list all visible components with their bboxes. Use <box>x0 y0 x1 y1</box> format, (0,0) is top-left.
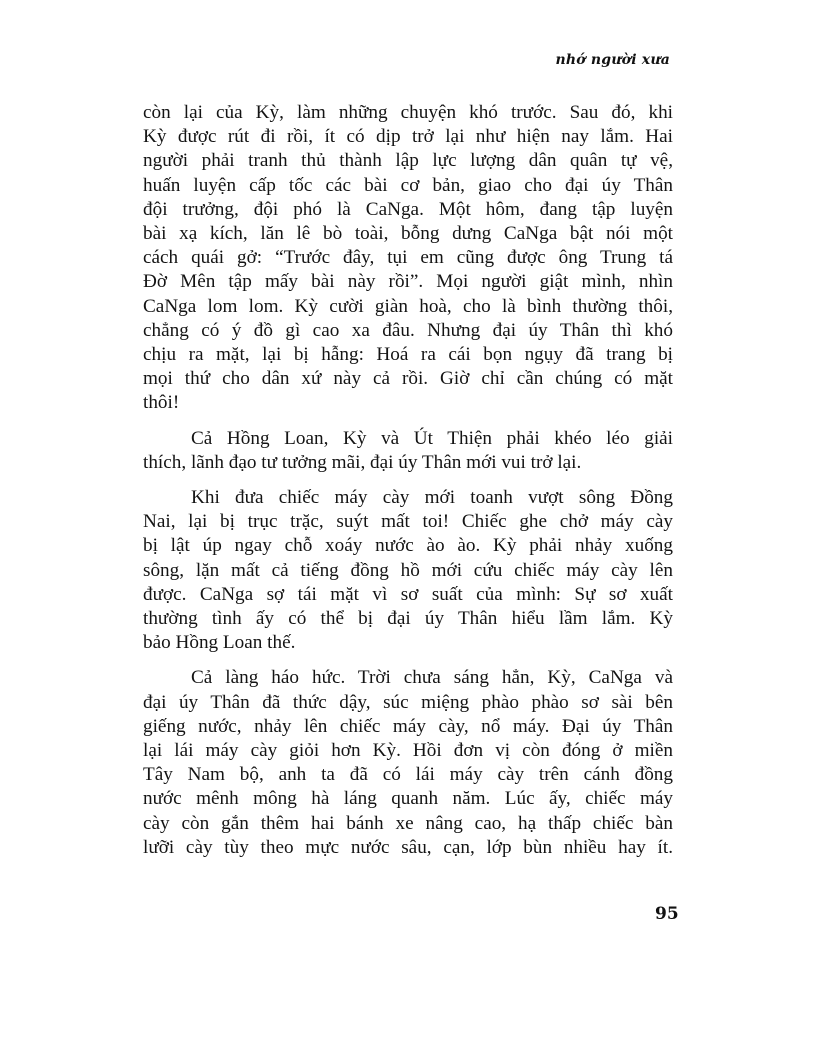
text-line: thôi! <box>143 391 673 415</box>
paragraph: Khi đưa chiếc máy cày mới toanh vượt sôn… <box>143 486 673 655</box>
text-line: sông, lặn mất cả tiếng đồng hồ mới cứu c… <box>143 559 673 583</box>
text-line: bảo Hồng Loan thế. <box>143 631 673 655</box>
text-line: người phải tranh thủ thành lập lực lượng… <box>143 149 673 173</box>
page-number: 95 <box>655 904 679 924</box>
text-line: mọi thứ cho dân xứ này cả rồi. Giờ chỉ c… <box>143 367 673 391</box>
text-line: chịu ra mặt, lại bị hẫng: Hoá ra cái bọn… <box>143 343 673 367</box>
text-line: Nai, lại bị trục trặc, suýt mất toi! Chi… <box>143 510 673 534</box>
text-line: Cả làng háo hức. Trời chưa sáng hẳn, Kỳ,… <box>143 666 673 690</box>
text-line: cách quái gở: “Trước đây, tụi em cũng đư… <box>143 246 673 270</box>
running-header-title: nhớ người xưa <box>556 52 670 68</box>
text-line: Tây Nam bộ, anh ta đã có lái máy cày trê… <box>143 763 673 787</box>
text-line: thường tình ấy có thể bị đại úy Thân hiể… <box>143 607 673 631</box>
text-line: chẳng có ý đồ gì cao xa đâu. Nhưng đại ú… <box>143 319 673 343</box>
text-line: CaNga lom lom. Kỳ cười giàn hoà, cho là … <box>143 295 673 319</box>
text-line: lại lái máy cày giỏi hơn Kỳ. Hồi đơn vị … <box>143 739 673 763</box>
text-line: cày còn gắn thêm hai bánh xe nâng cao, h… <box>143 812 673 836</box>
text-line: nước mênh mông hà láng quanh năm. Lúc ấy… <box>143 787 673 811</box>
book-page: nhớ người xưa còn lại của Kỳ, làm những … <box>0 0 816 1056</box>
paragraph: Cả Hồng Loan, Kỳ và Út Thiện phải khéo l… <box>143 427 673 475</box>
paragraph: Cả làng háo hức. Trời chưa sáng hẳn, Kỳ,… <box>143 666 673 860</box>
text-line: đội trưởng, đội phó là CaNga. Một hôm, đ… <box>143 198 673 222</box>
text-line: huấn luyện cấp tốc các bài cơ bản, giao … <box>143 174 673 198</box>
text-line: thích, lãnh đạo tư tưởng mãi, đại úy Thâ… <box>143 451 673 475</box>
text-line: bị lật úp ngay chỗ xoáy nước ào ào. Kỳ p… <box>143 534 673 558</box>
text-line: Đờ Mên tập mấy bài này rồi”. Mọi người g… <box>143 270 673 294</box>
text-line: giếng nước, nhảy lên chiếc máy cày, nổ m… <box>143 715 673 739</box>
text-line: Cả Hồng Loan, Kỳ và Út Thiện phải khéo l… <box>143 427 673 451</box>
body-text: còn lại của Kỳ, làm những chuyện khó trư… <box>143 101 673 871</box>
text-line: Kỳ được rút đi rồi, ít có dịp trở lại nh… <box>143 125 673 149</box>
text-line: đại úy Thân đã thức dậy, súc miệng phào … <box>143 691 673 715</box>
text-line: bài xạ kích, lăn lê bò toài, bỗng dưng C… <box>143 222 673 246</box>
text-line: lưỡi cày tùy theo mực nước sâu, cạn, lớp… <box>143 836 673 860</box>
paragraph: còn lại của Kỳ, làm những chuyện khó trư… <box>143 101 673 416</box>
text-line: còn lại của Kỳ, làm những chuyện khó trư… <box>143 101 673 125</box>
text-line: được. CaNga sợ tái mặt vì sơ suất của mì… <box>143 583 673 607</box>
text-line: Khi đưa chiếc máy cày mới toanh vượt sôn… <box>143 486 673 510</box>
